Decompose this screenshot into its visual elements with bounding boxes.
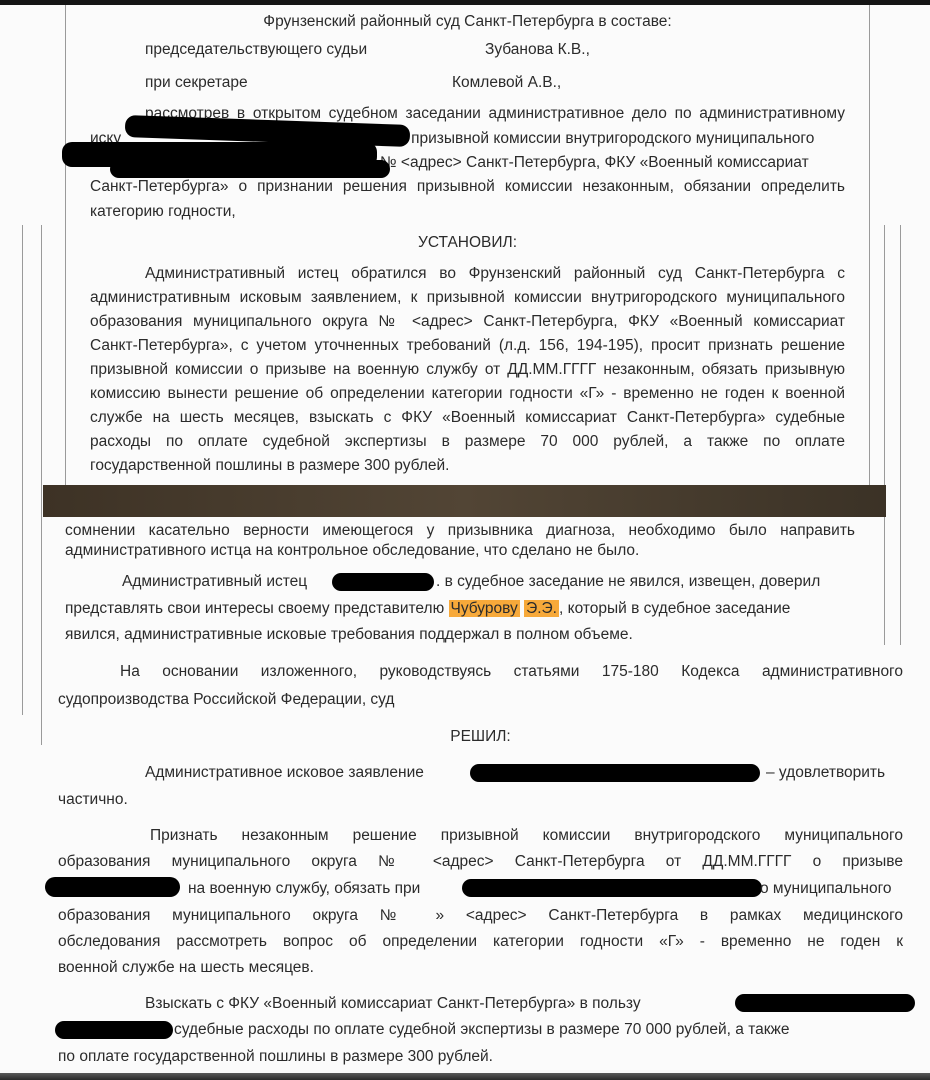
redaction bbox=[55, 1021, 173, 1039]
text-line: обследования рассмотреть вопрос об опред… bbox=[58, 932, 903, 952]
text-line: службе на шесть месяцев, взыскать с ФКУ … bbox=[90, 408, 845, 428]
redaction bbox=[470, 764, 760, 782]
text-line: административного истца на контрольное о… bbox=[65, 541, 639, 561]
text-line: судопроизводства Российской Федерации, с… bbox=[58, 690, 394, 710]
court-header: Фрунзенский районный суд Санкт-Петербург… bbox=[66, 12, 869, 32]
text-line: . в судебное заседание не явился, извеще… bbox=[436, 572, 820, 592]
text-line: явился, административные исковые требова… bbox=[65, 625, 633, 645]
text-line: Санкт-Петербурга», с учетом уточненных т… bbox=[90, 336, 845, 356]
text-line: образования муниципального округа № <адр… bbox=[90, 312, 845, 332]
judge-label: председательствующего судьи bbox=[145, 40, 367, 60]
frame-line bbox=[869, 5, 870, 485]
redaction bbox=[462, 879, 762, 897]
judge-name: Зубанова К.В., bbox=[485, 40, 590, 60]
text-line: на военную службу, обязать при bbox=[188, 879, 420, 899]
highlighted-name: Чубурову bbox=[449, 600, 520, 617]
text-line: Взыскать с ФКУ «Военный комиссариат Санк… bbox=[145, 994, 641, 1014]
text-line: по оплате государственной пошлины в разм… bbox=[58, 1047, 493, 1067]
text-line: к призывной комиссии внутригородского му… bbox=[400, 129, 814, 149]
text-line: сомнении касательно верности имеющегося … bbox=[65, 521, 855, 541]
text-line: о муниципального bbox=[760, 879, 892, 899]
text-line: военной службе на шесть месяцев. bbox=[58, 958, 314, 978]
text-line: Административный истец обратился во Фрун… bbox=[145, 264, 845, 284]
text-span: представлять свои интересы своему предст… bbox=[65, 600, 444, 617]
text-line: Санкт-Петербурга» о признании решения пр… bbox=[90, 177, 845, 197]
text-line: – удовлетворить bbox=[766, 763, 885, 783]
redaction bbox=[332, 573, 434, 591]
text-span: , который в судебное заседание bbox=[559, 600, 790, 617]
screenshot-seam-band bbox=[43, 485, 886, 517]
secretary-name: Комлевой А.В., bbox=[452, 73, 561, 93]
frame-line bbox=[22, 225, 23, 715]
section-heading-decided: РЕШИЛ: bbox=[58, 727, 903, 747]
text-line: административным исковым заявлением, к п… bbox=[90, 288, 845, 308]
text-line: комиссию вынести решение об определении … bbox=[90, 384, 845, 404]
text-line: На основании изложенного, руководствуясь… bbox=[120, 662, 903, 682]
text-line: № <адрес> Санкт-Петербурга, ФКУ «Военный… bbox=[380, 153, 809, 173]
text-line: образования муниципального округа № <адр… bbox=[58, 852, 903, 872]
text-line: Административный истец bbox=[122, 572, 307, 592]
text-line: призывной комиссии о призыве на военную … bbox=[90, 360, 845, 380]
redaction bbox=[110, 160, 390, 178]
section-heading-established: УСТАНОВИЛ: bbox=[66, 233, 869, 253]
top-edge bbox=[0, 0, 930, 5]
text-line: Административное исковое заявление bbox=[145, 763, 424, 783]
text-line: представлять свои интересы своему предст… bbox=[65, 599, 790, 619]
redaction bbox=[45, 877, 180, 897]
text-line: расходы по оплате судебной экспертизы в … bbox=[90, 432, 845, 452]
highlighted-initials: Э.Э. bbox=[524, 600, 559, 617]
text-line: Признать незаконным решение призывной ко… bbox=[150, 826, 903, 846]
text-line: государственной пошлины в размере 300 ру… bbox=[90, 456, 449, 476]
text-line: частично. bbox=[58, 790, 128, 810]
redaction bbox=[735, 994, 915, 1012]
text-line: категорию годности, bbox=[90, 202, 236, 222]
frame-line bbox=[884, 225, 885, 645]
frame-line bbox=[900, 225, 901, 645]
secretary-label: при секретаре bbox=[145, 73, 248, 93]
text-line: судебные расходы по оплате судебной эксп… bbox=[174, 1020, 790, 1040]
text-line: образования муниципального округа № » <а… bbox=[58, 906, 903, 926]
bottom-edge bbox=[0, 1073, 930, 1080]
frame-line bbox=[41, 225, 42, 745]
